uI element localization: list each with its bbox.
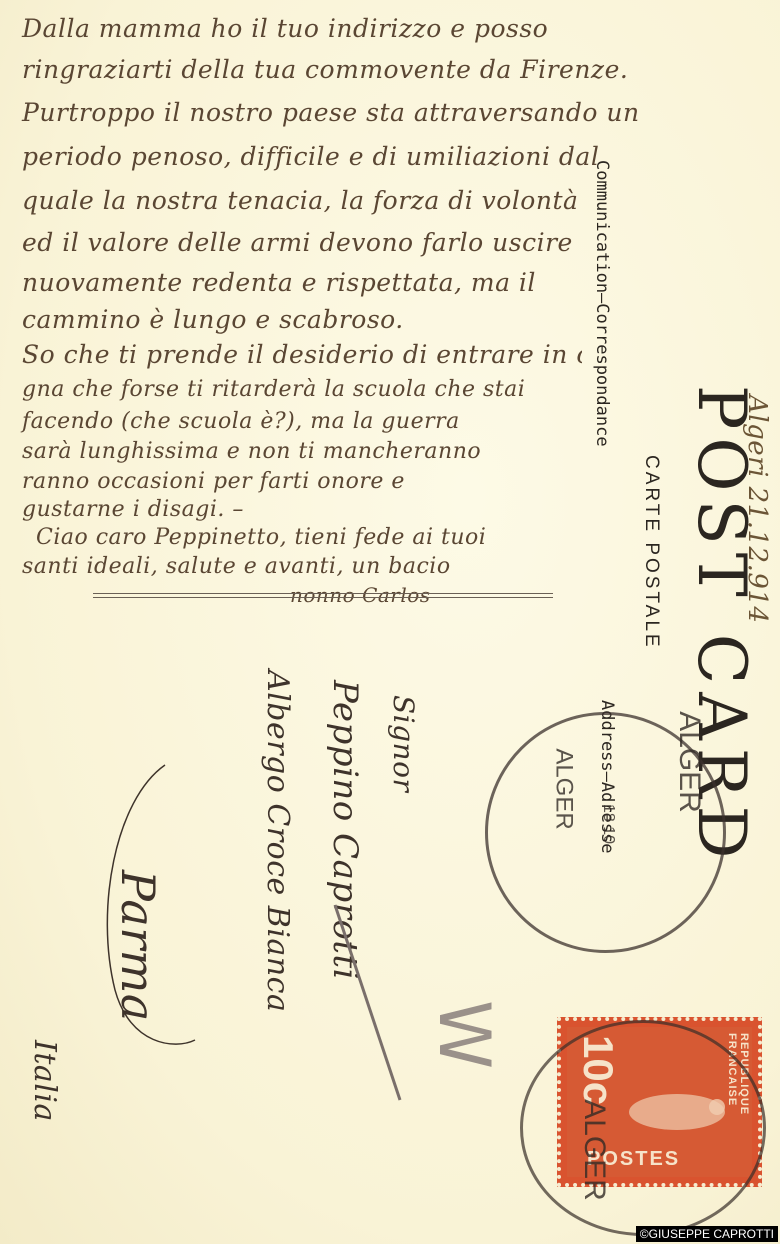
message-line: So che ti prende il desiderio di entrare… — [22, 340, 582, 370]
postmark-text: ALGER — [577, 1099, 611, 1201]
postmark-text: ALGER — [672, 711, 706, 813]
pencil-stroke-icon — [330, 900, 410, 1110]
message-line: gna che forse ti ritarderà la scuola che… — [22, 375, 525, 405]
message-line: ranno occasioni per farti onore e — [22, 467, 405, 497]
pencil-mark: W — [423, 1000, 505, 1069]
message-line: quale la nostra tenacia, la forza di vol… — [22, 186, 582, 216]
message-line: cammino è lungo e scabroso. — [22, 305, 404, 335]
message-line: sarà lunghissima e non ti mancheranno — [22, 437, 481, 467]
message-line: santi ideali, salute e avanti, un bacio — [22, 552, 451, 582]
postmark-text: ALGER — [550, 748, 578, 829]
copyright-watermark: ©GIUSEPPE CAPROTTI — [636, 1226, 778, 1242]
communication-correspondance-label: Communication—Correspondance — [592, 160, 612, 447]
message-line: Purtroppo il nostro paese sta attraversa… — [22, 98, 640, 128]
address-line-hotel: Albergo Croce Bianca — [260, 670, 295, 1012]
message-line: periodo penoso, difficile e di umiliazio… — [22, 142, 599, 172]
postmark-date: 18 10 — [599, 804, 617, 844]
flourish-icon — [85, 760, 205, 1060]
address-line-country: Italia — [27, 1040, 62, 1122]
signature-divider — [93, 593, 553, 598]
message-line: facendo (che scuola è?), ma la guerra — [22, 407, 460, 437]
message-line: gustarne i disagi. – — [22, 495, 244, 525]
address-line-salutation: Signor — [387, 695, 420, 792]
postmark-alger-upper: ALGER ALGER 18 10 — [485, 712, 726, 953]
dateline: Algeri 21.12.914 — [742, 395, 772, 623]
message-line: ed il valore delle armi devono farlo usc… — [22, 228, 582, 258]
message-line: ringraziarti della tua commovente da Fir… — [22, 55, 628, 85]
message-line: Ciao caro Peppinetto, tieni fede ai tuoi — [36, 523, 486, 553]
carte-postale-subtitle: CARTE POSTALE — [640, 455, 662, 650]
postcard: Dalla mamma ho il tuo indirizzo e posso … — [0, 0, 780, 1244]
message-line: nuovamente redenta e rispettata, ma il — [22, 268, 536, 298]
postmark-alger-lower: ALGER — [520, 1020, 766, 1236]
message-line: Dalla mamma ho il tuo indirizzo e posso — [22, 14, 548, 44]
